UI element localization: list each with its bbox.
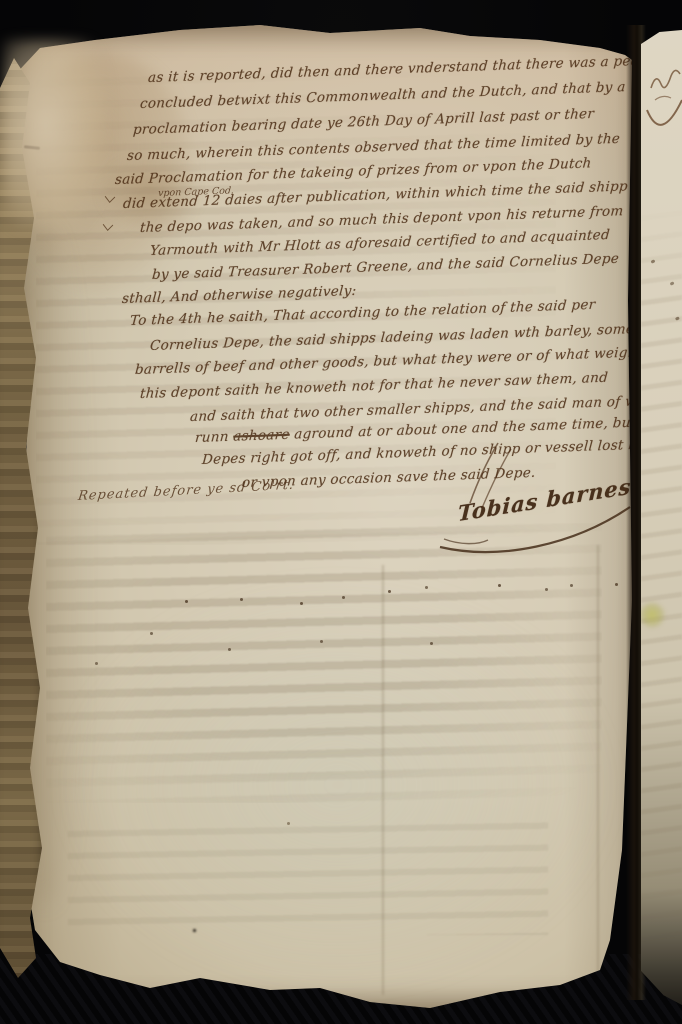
manuscript-photograph: as it is reported, did then and there vn… <box>0 0 682 1024</box>
manuscript-line: sthall, And otherwise negatively: <box>121 283 357 307</box>
adjacent-page-edge <box>641 30 682 1005</box>
adjacent-page-flourish <box>641 48 682 208</box>
worn-corner-patch <box>4 40 108 230</box>
adjacent-page-stain <box>639 602 665 628</box>
line-segment: runn <box>194 429 233 446</box>
attestation-note: Repeated before ye sd Co'rt. <box>77 478 295 504</box>
struck-out-word: ashoare <box>233 427 290 445</box>
